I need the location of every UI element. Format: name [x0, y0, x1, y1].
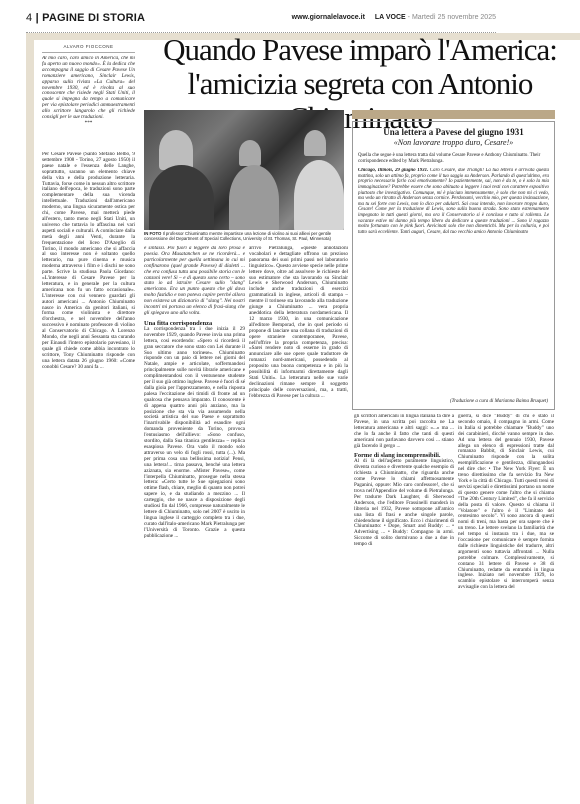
column-4: gli scrittori americani in lingua italia… — [354, 414, 454, 801]
column-4-text: gli scrittori americani in lingua italia… — [354, 414, 454, 449]
page-number: 4 — [26, 12, 32, 24]
intro-text: Al mio caro, caro amico in America, che … — [42, 56, 135, 120]
sidebar-letter-body: Caro Cesare, due Triangli! La tua letter… — [358, 168, 549, 235]
column-5: guerra, si dice "Buddy" di chi è stato i… — [458, 414, 554, 801]
section-label: 4 | PAGINE DI STORIA — [26, 12, 145, 24]
photo-figure — [229, 165, 279, 230]
photo-figure — [294, 160, 344, 230]
column-1: Per Cesare Pavese (Santo Stefano Belbo, … — [42, 152, 135, 797]
sidebar-letter: Chicago, Illinois, 29 giugno 1931. Caro … — [358, 168, 549, 368]
article-photo — [144, 110, 344, 230]
paper-name: LA VOCE — [375, 14, 406, 21]
photo-figure — [149, 165, 214, 230]
masthead-info: www.giornalelavoce.it LA VOCE - Martedì … — [292, 14, 496, 21]
page-header: 4 | PAGINE DI STORIA www.giornalelavoce.… — [26, 0, 496, 33]
column-3: arrivo Pietralunga, «queste annotazioni … — [249, 246, 348, 801]
issue-date: - Martedì 25 novembre 2025 — [406, 14, 496, 21]
sidebar-subtitle: «Non lavorare troppo duro, Cesare!» — [353, 138, 554, 147]
section-title: PAGINE DI STORIA — [42, 12, 145, 24]
photo-figure — [159, 130, 193, 170]
article-intro: Al mio caro, caro amico in America, che … — [42, 56, 135, 148]
column-3-text: arrivo Pietralunga, «queste annotazioni … — [249, 246, 348, 399]
author-byline: ALVARO FIOCCONE — [42, 44, 135, 53]
caption-text: Il professor Chiuminatto mentre impartis… — [144, 231, 331, 241]
separator: *** — [42, 121, 135, 127]
sidebar-title: Una lettera a Pavese del giugno 1931 — [353, 127, 554, 137]
sidebar-intro: Quella che segue è una lettera tratta da… — [358, 153, 549, 164]
translation-credit: (Traduzione a cura di Marianna Baima Bru… — [450, 399, 548, 404]
sidebar-dateline: Chicago, Illinois, 29 giugno 1931. — [358, 168, 428, 173]
website-link[interactable]: www.giornalelavoce.it — [292, 14, 365, 21]
photo-figure — [304, 130, 326, 156]
photo-figure — [239, 140, 261, 166]
sidebar-letter-box: Una lettera a Pavese del giugno 1931 «No… — [352, 121, 555, 410]
column-2-text: e sintassi. Poi fuori a leggere da loro … — [144, 246, 245, 316]
column-4-text-b: Al di là dell'aspetto puramente linguist… — [354, 458, 454, 547]
sidebar-accent-bar — [352, 110, 555, 119]
column-5-text: guerra, si dice "Buddy" di chi è stato i… — [458, 414, 554, 590]
column-1-text: Per Cesare Pavese (Santo Stefano Belbo, … — [42, 152, 135, 370]
column-2-text-b: La corrispondenza tra i due inizia il 29… — [144, 326, 245, 539]
column-2: e sintassi. Poi fuori a leggere da loro … — [144, 246, 245, 801]
photo-caption: IN FOTO Il professor Chiuminatto mentre … — [144, 231, 348, 241]
